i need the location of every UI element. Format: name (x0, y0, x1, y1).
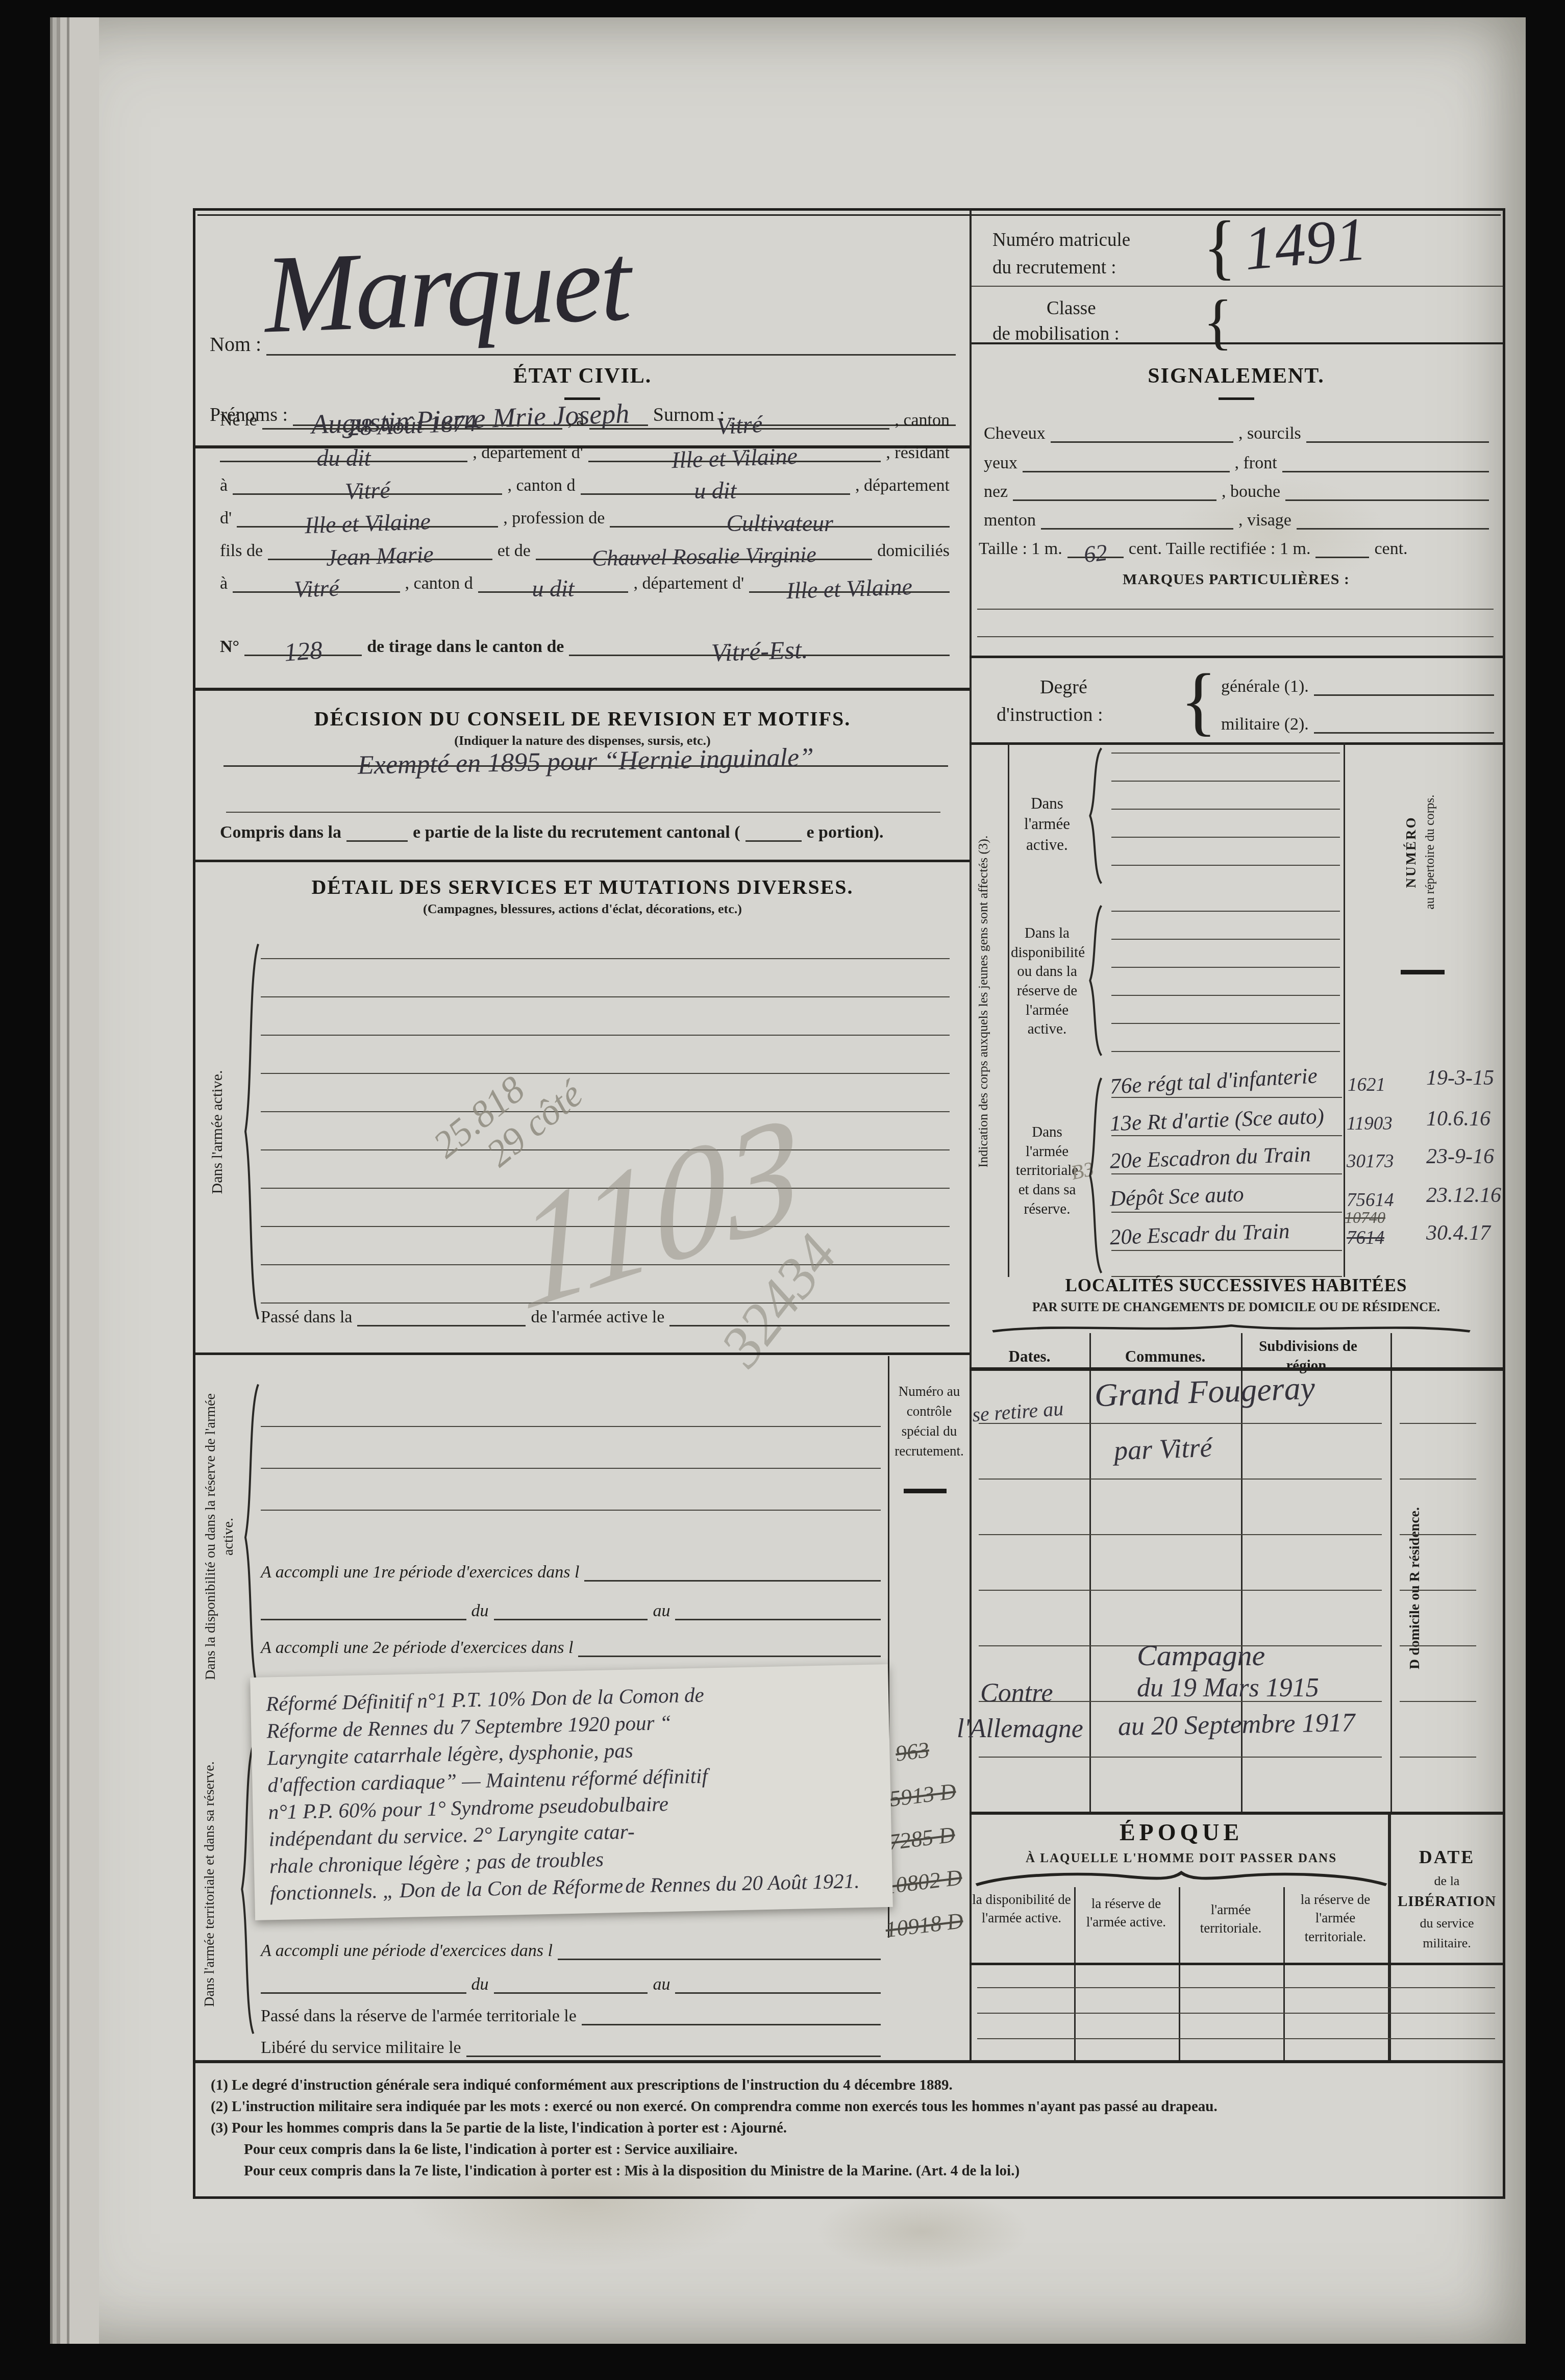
etat-civil-row-3: à Vitré , canton d u dit , département (220, 476, 950, 495)
controle-number-struck: 963 (894, 1737, 931, 1767)
label: N° (220, 637, 239, 656)
localites-row-line (1400, 1423, 1476, 1424)
corps-unit-value: 76e régt tal d'infanterie (1109, 1063, 1318, 1099)
date-label: LIBÉRATION (1392, 1891, 1502, 1913)
corps-line (1111, 837, 1340, 838)
corps-number-value: 1621 (1348, 1074, 1385, 1096)
marques-title: MARQUES PARTICULIÈRES : (970, 571, 1503, 588)
numero-repertoire-label-1: NUMÉRO (1403, 747, 1420, 957)
nom-value: Marquet (262, 219, 631, 359)
passe-armee-active-row: Passé dans la de l'armée active le (261, 1308, 950, 1326)
col-domicile-residence-header: D domicile ou R résidence. (1406, 1496, 1424, 1680)
armee-active-brace (242, 936, 260, 1327)
corps-line (1111, 995, 1340, 996)
label: e partie de la liste du recrutement cant… (413, 823, 740, 842)
localites-commune-value: Grand Fougeray (1094, 1369, 1315, 1414)
epoque-header-rule (970, 1963, 1503, 1965)
book-gutter-page-edges (50, 17, 99, 2344)
localites-divider (1390, 1333, 1392, 1812)
localites-row-line (979, 1534, 1382, 1535)
date-label: du service (1392, 1913, 1502, 1933)
corps-margin-divider (1008, 742, 1009, 1277)
label: , canton (895, 411, 950, 430)
localites-row-line (1400, 1645, 1476, 1646)
corps-number-value: 30173 (1347, 1150, 1394, 1172)
matricule-divider (970, 286, 1503, 287)
margin-disponibilite-label: Dans la disponibilité ou dans la réserve… (202, 1381, 237, 1693)
localites-row-line (1400, 1701, 1476, 1702)
menton-row: menton , visage (984, 511, 1489, 530)
label: nez (984, 482, 1008, 501)
decision-subtitle: (Indiquer la nature des dispenses, sursi… (195, 733, 970, 748)
corps-terr-brace (1087, 1074, 1103, 1277)
label: , profession de (503, 509, 605, 528)
epoque-divider (1179, 1887, 1180, 2061)
decision-value: Exempté en 1895 pour “Hernie inguinale” (358, 750, 814, 773)
label: générale (1). (1221, 677, 1309, 696)
label: A accompli une période d'exercices dans … (261, 1941, 553, 1960)
matricule-value: 1491 (1241, 204, 1369, 284)
footnote-2: (2) L'instruction militaire sera indiqué… (211, 2098, 1218, 2115)
corps-date-value: 23.12.16 (1426, 1183, 1501, 1208)
corps-line (1111, 967, 1340, 968)
label: yeux (984, 454, 1017, 472)
nom-label: Nom : (210, 333, 261, 356)
footnote-3: (3) Pour les hommes compris dans la 5e p… (211, 2120, 787, 2137)
corps-date-value: 23-9-16 (1426, 1144, 1494, 1169)
label: Libéré du service militaire le (261, 2038, 461, 2057)
services-subtitle: (Campagnes, blessures, actions d'éclat, … (195, 901, 970, 917)
corps-line (1111, 1023, 1340, 1024)
label: Compris dans la (220, 823, 341, 842)
periode-2-row: A accompli une 2e période d'exercices da… (261, 1638, 881, 1657)
epoque-col4-header: la réserve de l'armée territoriale. (1284, 1890, 1386, 1946)
epoque-col1-header: la disponibilité de l'armée active. (971, 1890, 1073, 1927)
label: A accompli une 2e période d'exercices da… (261, 1638, 573, 1657)
profession-value: Cultivateur (726, 517, 833, 530)
marques-line (977, 636, 1494, 637)
label: A accompli une 1re période d'exercices d… (261, 1563, 579, 1582)
epoque-top-rule (970, 1812, 1503, 1815)
label: , à (567, 411, 584, 430)
tirage-canton-value: Vitré-Est. (711, 642, 808, 660)
etat-civil-row-5: fils de Jean Marie et de Chauvel Rosalie… (220, 541, 950, 560)
localites-row-line (979, 1590, 1382, 1591)
corps-group-dispo-label: Dans la disponibilité ou dans la réserve… (1011, 924, 1083, 1039)
birth-place-value: Vitré (716, 418, 763, 434)
label: , canton d (405, 574, 473, 593)
label: , bouche (1222, 482, 1280, 501)
corps-unit-value: 13e Rt d'artie (Sce auto) (1109, 1104, 1324, 1137)
controle-header-bar (904, 1489, 947, 1493)
epoque-col2-header: la réserve de l'armée active. (1075, 1894, 1177, 1932)
campagne-contre: Contre (980, 1678, 1053, 1708)
matricule-form: Nom : Marquet Prénoms : Augustin Pierre … (193, 208, 1505, 2199)
footnote-4: Pour ceux compris dans la 6e liste, l'in… (244, 2141, 737, 2158)
section-rule (195, 688, 970, 691)
footnote-5: Pour ceux compris dans la 7e liste, l'in… (244, 2163, 1020, 2179)
service-line (261, 1073, 950, 1074)
periode-1-row: A accompli une 1re période d'exercices d… (261, 1563, 881, 1582)
service-line (261, 1035, 950, 1036)
localites-row-line (1400, 1479, 1476, 1480)
label: Passé dans la (261, 1308, 352, 1326)
mother-name-value: Chauvel Rosalie Virginie (591, 548, 816, 565)
canton-value: du dit (317, 452, 371, 464)
etat-civil-tick (564, 397, 600, 400)
epoque-divider (1283, 1887, 1285, 2061)
corps-entry-line (1111, 1212, 1342, 1213)
label: à (220, 574, 228, 593)
corps-date-value: 30.4.17 (1426, 1221, 1491, 1245)
date-label: militaire. (1392, 1933, 1502, 1953)
canton-value: u dit (694, 484, 736, 497)
localites-row-line (979, 1757, 1382, 1758)
label: menton (984, 511, 1036, 530)
label: au (653, 1975, 670, 1994)
etat-civil-title: ÉTAT CIVIL. (195, 364, 970, 388)
corps-line (1111, 939, 1340, 940)
corps-active-brace (1087, 745, 1103, 886)
classe-label-1: Classe (1047, 297, 1096, 319)
taille-value: 62 (1083, 546, 1108, 561)
localites-row-line (1400, 1757, 1476, 1758)
epoque-divider (1074, 1887, 1076, 2061)
taille-row: Taille : 1 m. 62 cent. Taille rectifiée … (979, 539, 1489, 558)
footnote-1: (1) Le degré d'instruction générale sera… (211, 2077, 953, 2094)
localites-row-line (1400, 1534, 1476, 1535)
epoque-date-divider (1388, 1815, 1391, 2061)
corps-line (1111, 865, 1340, 866)
disponibilite-brace (242, 1378, 260, 1697)
birth-date-value: 28 Août 1874 (348, 417, 477, 435)
campagne-date-debut: du 19 Mars 1915 (1137, 1673, 1319, 1703)
localites-header-rule (970, 1367, 1503, 1371)
degre-label-1: Degré (1040, 676, 1087, 698)
tirage-row: N° 128 de tirage dans le canton de Vitré… (220, 637, 950, 656)
libere-row: Libéré du service militaire le (261, 2038, 881, 2057)
numero-column-divider (1344, 742, 1345, 1277)
label: , département (855, 476, 950, 495)
numero-header-bar (1401, 970, 1445, 974)
label: d' (220, 509, 232, 528)
label: fils de (220, 541, 263, 560)
controle-number-struck: 10918 D (884, 1908, 964, 1943)
instruction-militaire-row: militaire (2). (1221, 715, 1494, 734)
corps-entry-line (1111, 1135, 1342, 1136)
label: , département d' (633, 574, 744, 593)
corps-entry-line (1111, 1173, 1342, 1174)
label: à (220, 476, 228, 495)
corps-date-value: 19-3-15 (1426, 1066, 1494, 1090)
corps-number-value: 11903 (1347, 1113, 1393, 1135)
epoque-row-line (977, 1987, 1495, 1988)
localites-commune-value-2: par Vitré (1113, 1432, 1213, 1467)
etat-civil-row-6: à Vitré , canton d u dit , département d… (220, 574, 950, 593)
father-name-value: Jean Marie (326, 547, 434, 564)
localites-subtitle: PAR SUITE DE CHANGEMENTS DE DOMICILE OU … (970, 1300, 1503, 1315)
nez-row: nez , bouche (984, 482, 1489, 501)
date-label: de la (1392, 1871, 1502, 1891)
cheveux-row: Cheveux , sourcils (984, 424, 1489, 443)
campagne-allemagne: l'Allemagne (957, 1714, 1083, 1744)
blank-line (226, 812, 940, 813)
marques-line (977, 609, 1494, 610)
label: , visage (1238, 511, 1291, 530)
dispo-line (261, 1426, 881, 1427)
periode-1-dates-row: du au (261, 1601, 881, 1620)
label: , sourcils (1238, 424, 1301, 443)
localites-title: LOCALITÉS SUCCESSIVES HABITÉES (970, 1275, 1503, 1296)
label: Né le (220, 411, 257, 430)
service-line (261, 958, 950, 959)
scanned-military-register-page: Nom : Marquet Prénoms : Augustin Pierre … (0, 0, 1565, 2380)
localites-date-value: se retire au (972, 1396, 1064, 1426)
corps-number-struck: 10740 (1345, 1208, 1385, 1227)
label: domiciliés (877, 541, 950, 560)
periode-terr-dates-row: du au (261, 1975, 881, 1994)
etat-civil-row-1: Né le 28 Août 1874 , à Vitré , canton (220, 411, 950, 430)
departement-value: Ille et Vilaine (672, 449, 798, 467)
localites-ornament (989, 1321, 1474, 1334)
compris-row: Compris dans la e partie de la liste du … (220, 823, 950, 842)
section-rule (195, 860, 970, 862)
departement-value: Ille et Vilaine (304, 515, 431, 532)
corps-group-active-label: Dans l'armée active. (1011, 793, 1083, 855)
label: , département d' (473, 443, 583, 462)
paper-sheet: Nom : Marquet Prénoms : Augustin Pierre … (50, 17, 1526, 2344)
label: de tirage dans le canton de (367, 637, 564, 656)
pasted-reform-note: Réformé Définitif n°1 P.T. 10% Don de la… (250, 1664, 893, 1920)
epoque-subtitle: À LAQUELLE L'HOMME DOIT PASSER DANS (970, 1851, 1393, 1866)
section-rule (970, 742, 1503, 745)
epoque-title: ÉPOQUE (970, 1819, 1393, 1846)
signalement-title: SIGNALEMENT. (970, 364, 1503, 388)
label: Taille : 1 m. (979, 539, 1062, 558)
label: Passé dans la réserve de l'armée territo… (261, 2007, 577, 2025)
localites-row-line (979, 1479, 1382, 1480)
corps-line (1111, 809, 1340, 810)
corps-date-value: 10.6.16 (1426, 1107, 1491, 1131)
label: et de (498, 541, 531, 560)
yeux-row: yeux , front (984, 454, 1489, 472)
decision-row: Exempté en 1895 pour “Hernie inguinale” (223, 749, 948, 767)
label: cent. (1374, 539, 1407, 558)
label: , front (1235, 454, 1277, 472)
etat-civil-row-2: du dit , département d' Ille et Vilaine … (220, 443, 950, 462)
dispo-line (261, 1468, 881, 1469)
label: cent. Taille rectifiée : 1 m. (1129, 539, 1311, 558)
decision-title: DÉCISION DU CONSEIL DE REVISION ET MOTIF… (195, 707, 970, 731)
residence-value: Vitré (345, 484, 390, 498)
corps-unit-value: Dépôt Sce auto (1109, 1182, 1244, 1211)
label: de l'armée active le (531, 1308, 664, 1326)
controle-header: Numéro au contrôle spécial du recrutemen… (892, 1382, 966, 1462)
label: du (471, 1601, 489, 1620)
degre-brace (1180, 663, 1217, 739)
corps-number-value: 7614 (1347, 1227, 1384, 1249)
service-line (261, 996, 950, 997)
instruction-generale-row: générale (1). (1221, 677, 1494, 696)
classe-rule (970, 342, 1503, 344)
matricule-label-2: du recrutement : (992, 257, 1116, 279)
domicile-value: Vitré (293, 582, 339, 596)
numero-repertoire-label-2: au répertoire du corps. (1422, 747, 1438, 957)
corps-line (1111, 1051, 1340, 1052)
label: e portion). (807, 823, 884, 842)
epoque-row-line (977, 2013, 1495, 2014)
col-dates-header: Dates. (970, 1347, 1089, 1366)
controle-number-struck: 5913 D (888, 1778, 957, 1812)
margin-armee-active-label: Dans l'armée active. (208, 938, 227, 1326)
corps-dispo-brace (1087, 903, 1103, 1059)
controle-number-struck: 10802 D (883, 1864, 963, 1899)
matricule-brace (1203, 211, 1236, 284)
campagne-date-fin: au 20 Septembre 1917 (1118, 1708, 1356, 1742)
section-rule (970, 656, 1503, 658)
label: Cheveux (984, 424, 1046, 443)
localites-row-line (979, 1423, 1382, 1424)
tirage-number-value: 128 (284, 643, 323, 660)
controle-number-struck: 7285 D (887, 1821, 956, 1856)
col-communes-header: Communes. (1089, 1347, 1241, 1366)
section-rule (195, 1352, 970, 1355)
campagne-word: Campagne (1137, 1638, 1265, 1672)
epoque-date-col-header: DATE de la LIBÉRATION du service militai… (1392, 1843, 1502, 1953)
date-label: DATE (1392, 1843, 1502, 1871)
service-line (261, 1111, 950, 1112)
services-title: DÉTAIL DES SERVICES ET MUTATIONS DIVERSE… (195, 875, 970, 899)
degre-label-2: d'instruction : (997, 704, 1103, 726)
note-line: de Rennes du 20 Août 1921. (625, 1867, 860, 1899)
label: , résidant (886, 443, 950, 462)
label: du (471, 1975, 489, 1994)
periode-terr-row: A accompli une période d'exercices dans … (261, 1941, 881, 1960)
corps-unit-value: 20e Escadron du Train (1109, 1142, 1311, 1174)
paper-stain (815, 2191, 1030, 2272)
localites-row-line (1400, 1590, 1476, 1591)
corps-unit-value: 20e Escadr du Train (1109, 1219, 1290, 1250)
dispo-line (261, 1510, 881, 1511)
label: , canton d (507, 476, 575, 495)
margin-territoriale-label: Dans l'armée territoriale et dans sa rés… (201, 1741, 218, 2027)
corps-entry-line (1111, 1250, 1342, 1251)
epoque-brace-ornament (975, 1870, 1388, 1887)
footnotes-rule (195, 2060, 1503, 2063)
corps-line (1111, 753, 1340, 754)
epoque-col3-header: l'armée territoriale. (1180, 1900, 1282, 1938)
canton-value: u dit (532, 582, 575, 595)
matricule-label-1: Numéro matricule (992, 229, 1130, 251)
epoque-row-line (977, 2038, 1495, 2039)
signalement-tick (1219, 397, 1254, 400)
classe-label-2: de mobilisation : (992, 323, 1120, 345)
corps-line (1111, 911, 1340, 912)
label: militaire (2). (1221, 715, 1309, 734)
main-divider (970, 211, 972, 2060)
departement-value: Ille et Vilaine (786, 580, 913, 597)
localites-divider (1089, 1333, 1091, 1812)
corps-margin-label: Indication des corps auxquels les jeunes… (975, 736, 992, 1267)
corps-line (1111, 781, 1340, 782)
etat-civil-row-4: d' Ille et Vilaine , profession de Culti… (220, 509, 950, 528)
passe-reserve-terr-row: Passé dans la réserve de l'armée territo… (261, 2007, 881, 2025)
label: au (653, 1601, 670, 1620)
